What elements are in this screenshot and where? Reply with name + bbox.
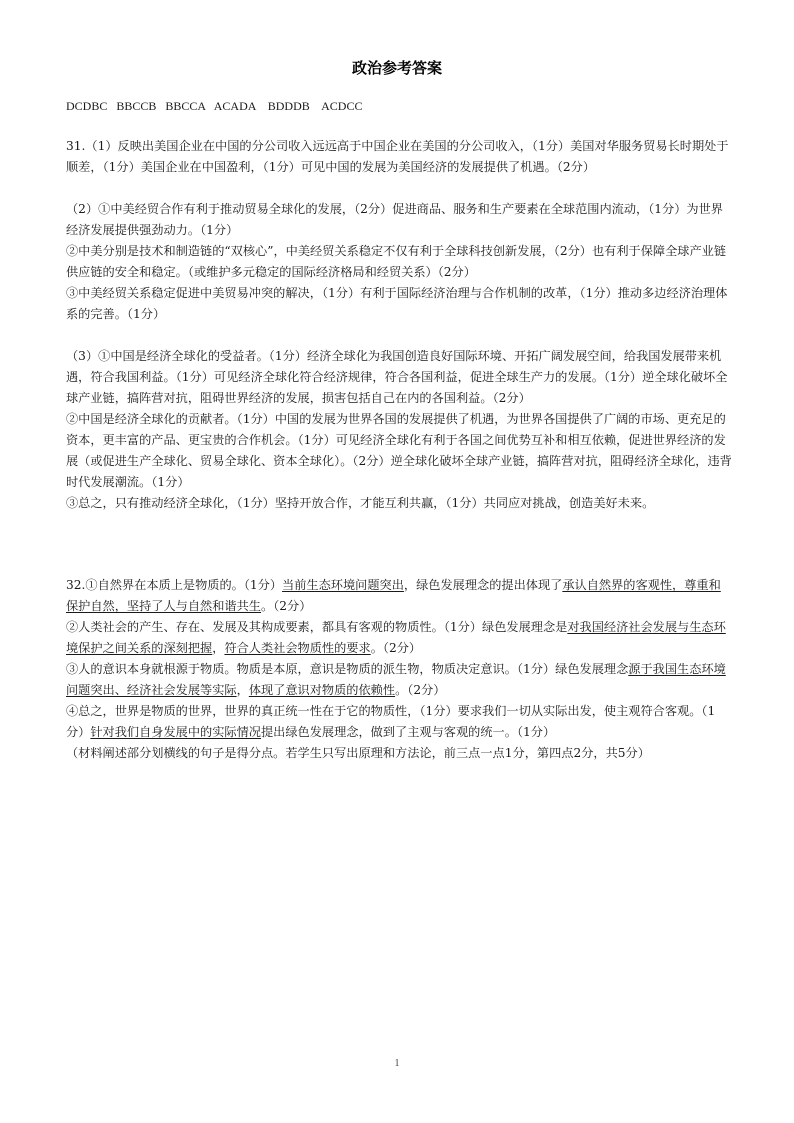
- q31-part3-point3: ③总之，只有推动经济全球化，（1分）坚持开放合作，才能互利共赢，（1分）共同应对…: [66, 493, 732, 514]
- q32-point3: ③人的意识本身就根源于物质。物质是本原，意识是物质的派生物，物质决定意识。（1分…: [66, 659, 732, 701]
- text: 提出绿色发展理念，做到了主观与客观的统一。（1分）: [261, 725, 555, 739]
- text: 。（2分）: [371, 641, 421, 655]
- q32-grading-note: （材料阐述部分划横线的句子是得分点。若学生只写出原理和方法论，前三点一点1分，第…: [66, 743, 732, 764]
- choice-answers: DCDBC BBCCB BBCCA ACADA BDDDB ACDCC: [66, 99, 362, 114]
- answer-group: BBCCB: [116, 99, 156, 113]
- answer-group: BDDDB: [268, 99, 310, 113]
- text: 。（2分）: [395, 683, 445, 697]
- underlined-key-phrase: 体现了意识对物质的依赖性: [249, 683, 395, 697]
- text: ，: [212, 641, 224, 655]
- text: 32.①自然界在本质上是物质的。（1分）: [66, 578, 282, 592]
- page-number: 1: [0, 1058, 794, 1069]
- text: ，: [237, 683, 249, 697]
- answer-group: BBCCA: [165, 99, 205, 113]
- q31-part3-point1: （3）①中国是经济全球化的受益者。（1分）经济全球化为我国创造良好国际环境、开拓…: [66, 346, 732, 409]
- answer-group: DCDBC: [66, 99, 107, 113]
- underlined-key-phrase: 符合人类社会物质性的要求: [224, 641, 370, 655]
- q31-part3-point2: ②中国是经济全球化的贡献者。（1分）中国的发展为世界各国的发展提供了机遇，为世界…: [66, 409, 732, 493]
- q31-part1: 31.（1）反映出美国企业在中国的分公司收入远远高于中国企业在美国的分公司收入，…: [66, 136, 732, 178]
- q31-part2-point2: ②中美分别是技术和制造链的“双核心”，中美经贸关系稳定不仅有利于全球科技创新发展…: [66, 241, 732, 283]
- underlined-key-phrase: 针对我们自身发展中的实际情况: [90, 725, 261, 739]
- underlined-key-phrase: 当前生态环境问题突出: [282, 578, 404, 592]
- text: 。（2分）: [261, 599, 311, 613]
- q31-part2-point1: （2）①中美经贸合作有利于推动贸易全球化的发展，（2分）促进商品、服务和生产要素…: [66, 199, 732, 241]
- answer-group: ACDCC: [321, 99, 362, 113]
- text: ，绿色发展理念的提出体现了: [404, 578, 562, 592]
- q32-point1: 32.①自然界在本质上是物质的。（1分）当前生态环境问题突出，绿色发展理念的提出…: [66, 575, 732, 617]
- question-31: 31.（1）反映出美国企业在中国的分公司收入远远高于中国企业在美国的分公司收入，…: [66, 136, 732, 514]
- text: ③人的意识本身就根源于物质。物质是本原，意识是物质的派生物，物质决定意识。（1分…: [66, 662, 628, 676]
- q31-part2-point3: ③中美经贸关系稳定促进中美贸易冲突的解决，（1分）有利于国际经济治理与合作机制的…: [66, 283, 732, 325]
- q32-point4: ④总之，世界是物质的世界，世界的真正统一性在于它的物质性，（1分）要求我们一切从…: [66, 701, 732, 743]
- text: ②人类社会的产生、存在、发展及其构成要素，都具有客观的物质性。（1分）绿色发展理…: [66, 620, 567, 634]
- q32-point2: ②人类社会的产生、存在、发展及其构成要素，都具有客观的物质性。（1分）绿色发展理…: [66, 617, 732, 659]
- question-32: 32.①自然界在本质上是物质的。（1分）当前生态环境问题突出，绿色发展理念的提出…: [66, 575, 732, 764]
- page-title: 政治参考答案: [0, 57, 794, 78]
- answer-group: ACADA: [214, 99, 256, 113]
